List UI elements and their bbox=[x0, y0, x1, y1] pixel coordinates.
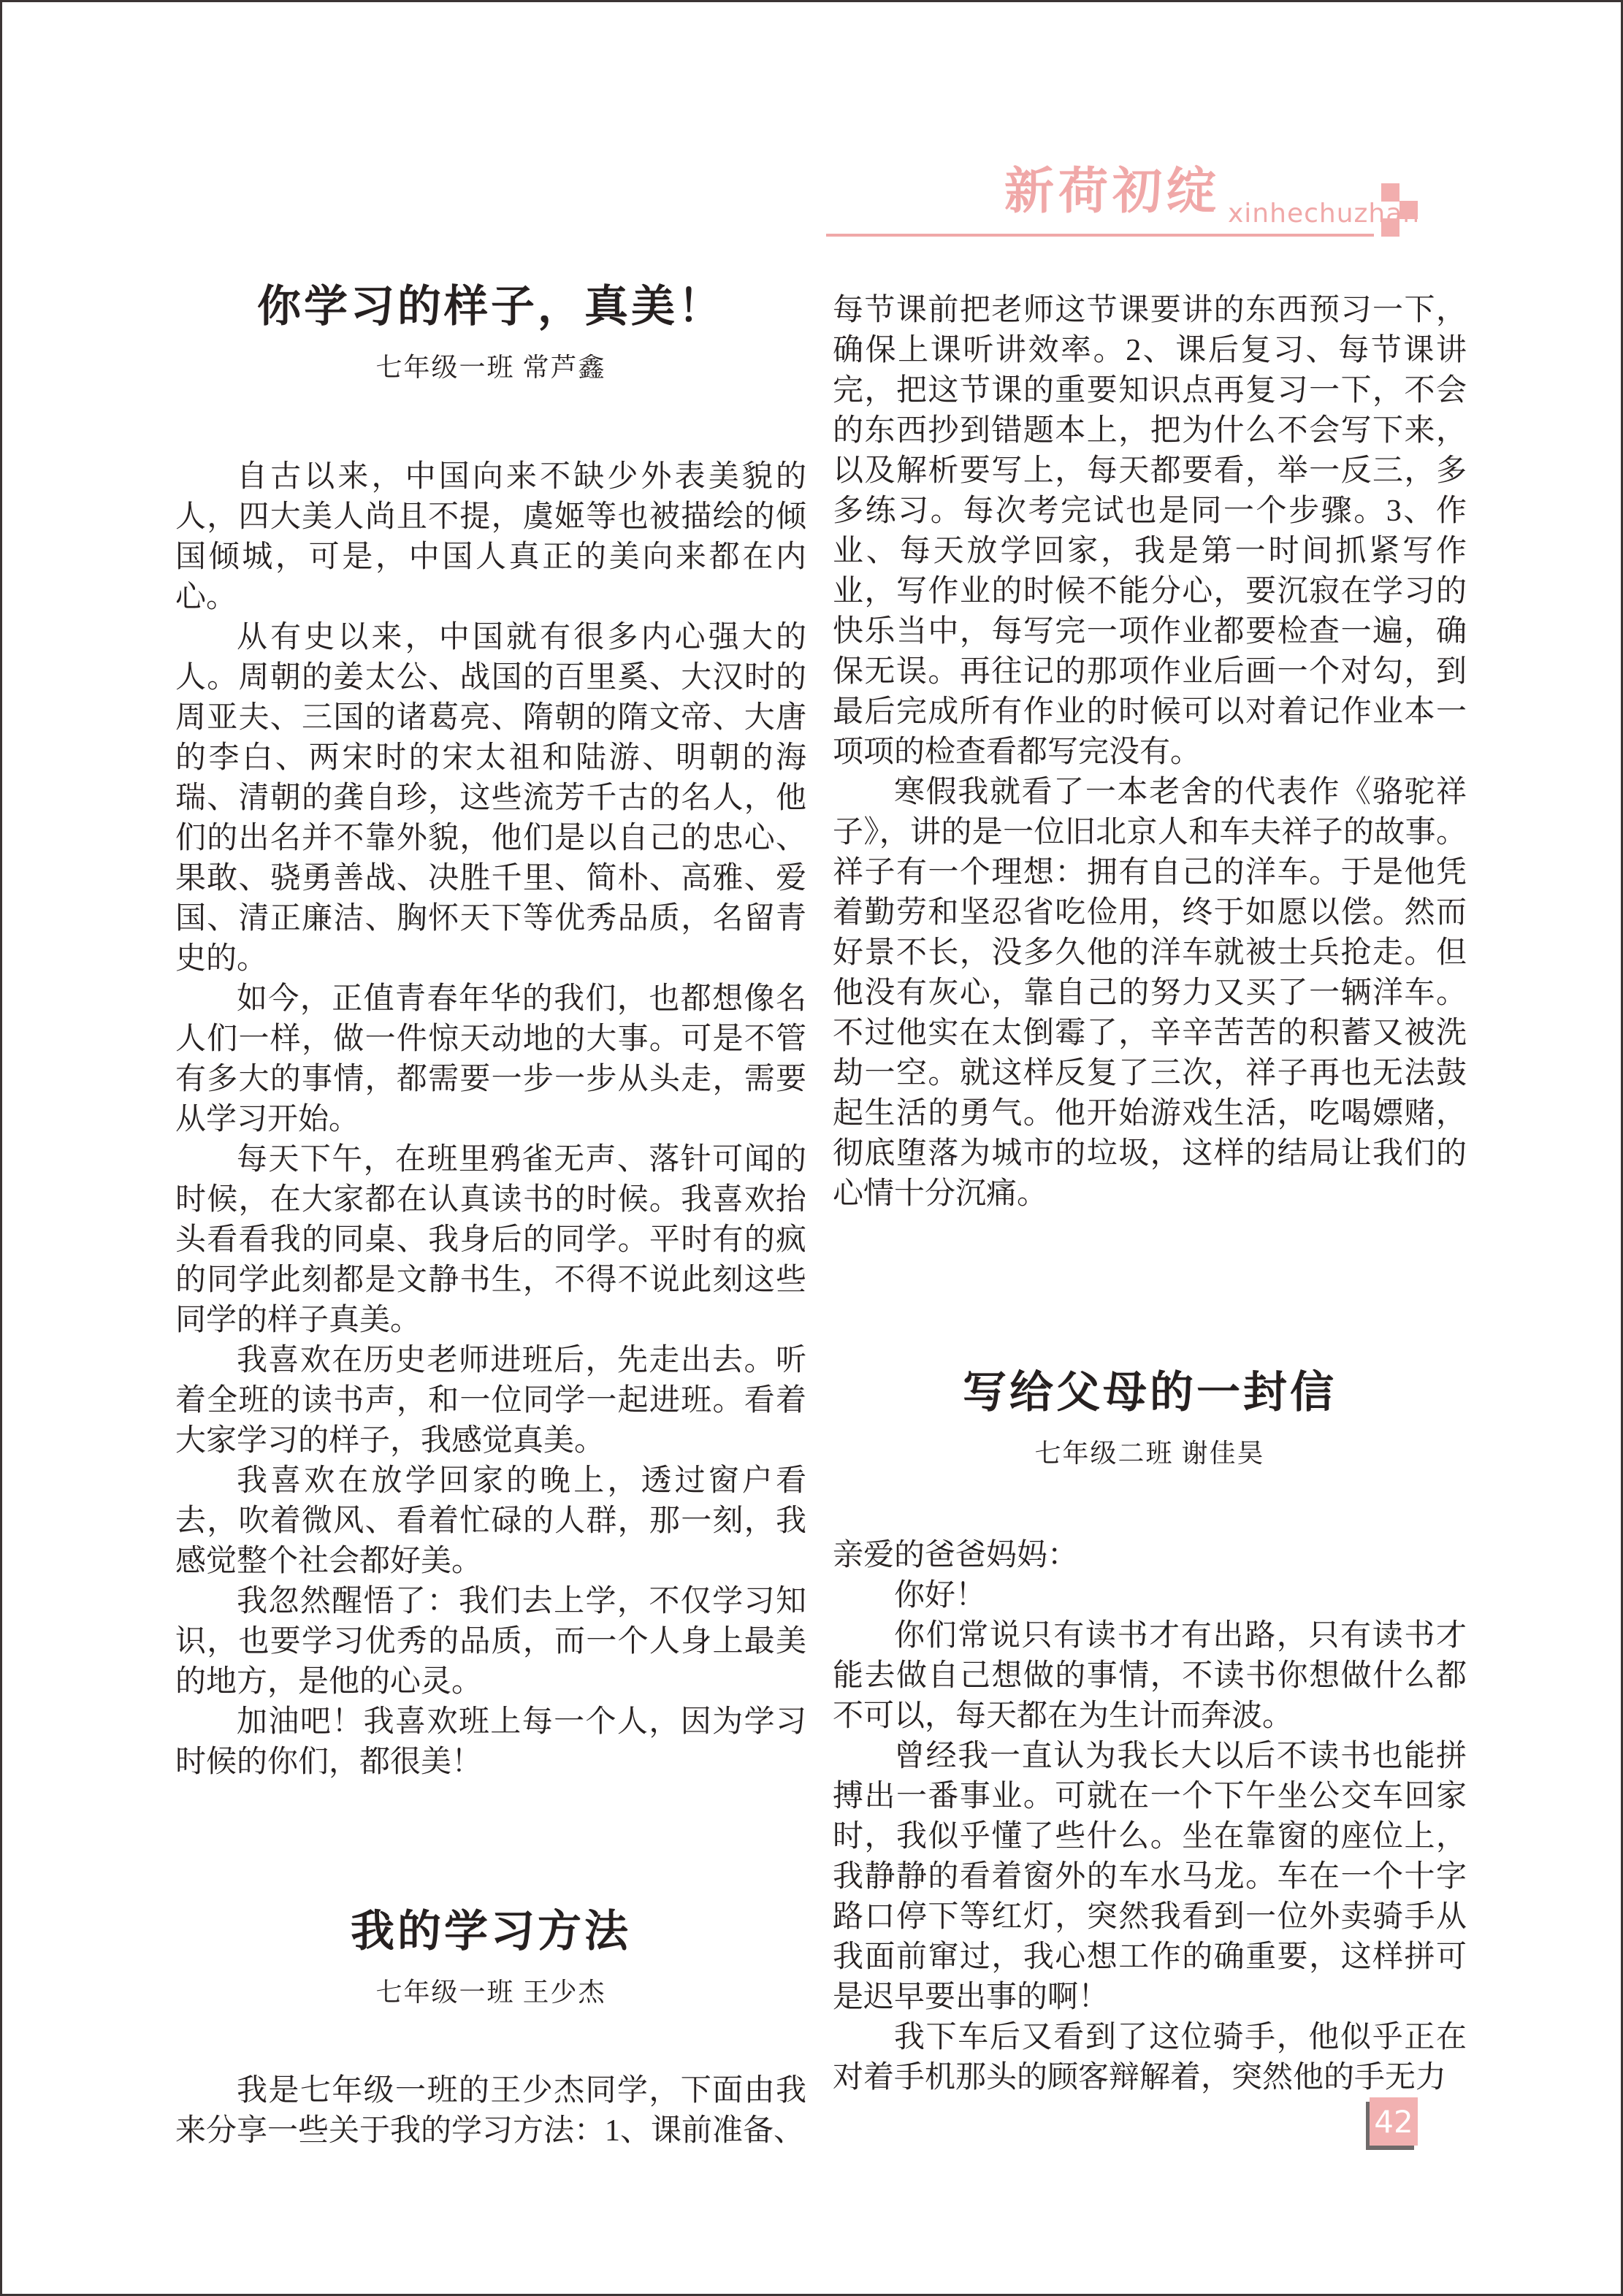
right-column: 每节课前把老师这节课要讲的东西预习一下，确保上课听讲效率。2、课后复习、每节课讲… bbox=[833, 2, 1467, 2098]
paragraph: 曾经我一直认为我长大以后不读书也能拼搏出一番事业。可就在一个下午坐公交车回家时，… bbox=[833, 1737, 1467, 2018]
paragraph: 加油吧！我喜欢班上每一个人，因为学习时候的你们，都很美！ bbox=[175, 1702, 806, 1783]
left-column: 你学习的样子，真美！ 七年级一班 常芦鑫 自古以来，中国向来不缺少外表美貌的人，… bbox=[175, 2, 806, 2151]
article2-title: 我的学习方法 bbox=[175, 1907, 806, 1957]
page-number-badge: 42 bbox=[1370, 2097, 1418, 2146]
paragraph: 每节课前把老师这节课要讲的东西预习一下，确保上课听讲效率。2、课后复习、每节课讲… bbox=[833, 291, 1467, 773]
article2-author: 七年级一班 王少杰 bbox=[175, 1979, 806, 2005]
letter-salutation: 亲爱的爸爸妈妈： bbox=[833, 1536, 1467, 1576]
paragraph: 如今，正值青春年华的我们，也都想像名人们一样，做一件惊天动地的大事。可是不管有多… bbox=[175, 979, 806, 1140]
paragraph: 我喜欢在历史老师进班后，先走出去。听着全班的读书声，和一位同学一起进班。看着大家… bbox=[175, 1341, 806, 1461]
article3-body: 你好！你们常说只有读书才有出路，只有读书才能去做自己想做的事情，不读书你想做什么… bbox=[833, 1576, 1467, 2098]
article3-author: 七年级二班 谢佳昊 bbox=[833, 1440, 1467, 1466]
paragraph: 我喜欢在放学回家的晚上，透过窗户看去，吹着微风、看着忙碌的人群，那一刻，我感觉整… bbox=[175, 1461, 806, 1582]
article1-title: 你学习的样子，真美！ bbox=[175, 282, 806, 332]
paragraph: 我下车后又看到了这位骑手，他似乎正在对着手机那头的顾客辩解着，突然他的手无力 bbox=[833, 2018, 1467, 2098]
article3-title: 写给父母的一封信 bbox=[833, 1368, 1467, 1418]
paragraph: 从有史以来，中国就有很多内心强大的人。周朝的姜太公、战国的百里奚、大汉时的周亚夫… bbox=[175, 618, 806, 979]
article1-author: 七年级一班 常芦鑫 bbox=[175, 354, 806, 380]
paragraph: 自古以来，中国向来不缺少外表美貌的人，四大美人尚且不提，虞姬等也被描绘的倾国倾城… bbox=[175, 457, 806, 618]
paragraph: 每天下午，在班里鸦雀无声、落针可闻的时候，在大家都在认真读书的时候。我喜欢抬头看… bbox=[175, 1140, 806, 1341]
paragraph: 我忽然醒悟了：我们去上学，不仅学习知识，也要学习优秀的品质，而一个人身上最美的地… bbox=[175, 1582, 806, 1702]
article2-body-continued: 每节课前把老师这节课要讲的东西预习一下，确保上课听讲效率。2、课后复习、每节课讲… bbox=[833, 291, 1467, 1214]
paragraph: 你好！ bbox=[833, 1576, 1467, 1616]
article1-body: 自古以来，中国向来不缺少外表美貌的人，四大美人尚且不提，虞姬等也被描绘的倾国倾城… bbox=[175, 457, 806, 1783]
paragraph: 我是七年级一班的王少杰同学，下面由我来分享一些关于我的学习方法：1、课前准备、 bbox=[175, 2071, 806, 2151]
paragraph: 寒假我就看了一本老舍的代表作《骆驼祥子》，讲的是一位旧北京人和车夫祥子的故事。祥… bbox=[833, 773, 1467, 1214]
magazine-page: 新荷初绽 xinhechuzhan 你学习的样子，真美！ 七年级一班 常芦鑫 自… bbox=[0, 0, 1623, 2296]
article2-body: 我是七年级一班的王少杰同学，下面由我来分享一些关于我的学习方法：1、课前准备、 bbox=[175, 2071, 806, 2151]
paragraph: 你们常说只有读书才有出路，只有读书才能去做自己想做的事情，不读书你想做什么都不可… bbox=[833, 1616, 1467, 1737]
